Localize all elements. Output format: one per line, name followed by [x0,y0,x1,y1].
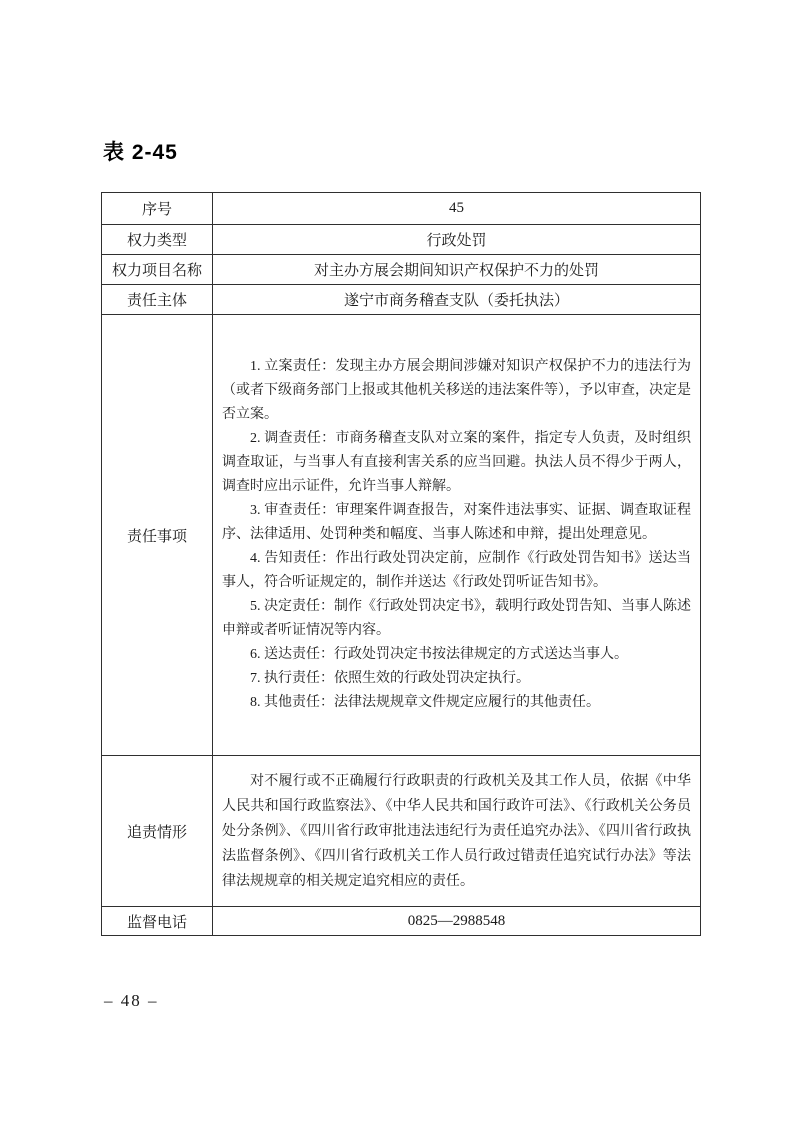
duty-paragraph: 8. 其他责任：法律法规规章文件规定应履行的其他责任。 [222,691,691,715]
duty-items-content: 1. 立案责任：发现主办方展会期间涉嫌对知识产权保护不力的违法行为（或者下级商务… [213,315,701,756]
duty-paragraph: 5. 决定责任：制作《行政处罚决定书》，载明行政处罚告知、当事人陈述申辩或者听证… [222,595,691,643]
row-value: 行政处罚 [213,225,701,255]
document-page: 表 2-45 序号 45 权力类型 行政处罚 权力项目名称 对主办方展会期间知识… [0,0,793,1122]
duty-paragraph: 1. 立案责任：发现主办方展会期间涉嫌对知识产权保护不力的违法行为（或者下级商务… [222,355,691,427]
accountability-paragraph: 对不履行或不正确履行行政职责的行政机关及其工作人员，依据《中华人民共和国行政监察… [222,769,691,894]
duty-paragraph: 7. 执行责任：依照生效的行政处罚决定执行。 [222,667,691,691]
table-row-responsible-body: 责任主体 遂宁市商务稽查支队（委托执法） [102,285,701,315]
row-label: 责任主体 [102,285,213,315]
supervision-phone-value: 0825—2988548 [213,907,701,936]
duty-paragraph: 4. 告知责任：作出行政处罚决定前，应制作《行政处罚告知书》送达当事人，符合听证… [222,547,691,595]
power-item-table: 序号 45 权力类型 行政处罚 权力项目名称 对主办方展会期间知识产权保护不力的… [101,192,701,936]
row-label: 序号 [102,193,213,225]
page-title: 表 2-45 [103,136,178,166]
duty-paragraph: 6. 送达责任：行政处罚决定书按法律规定的方式送达当事人。 [222,643,691,667]
row-value: 对主办方展会期间知识产权保护不力的处罚 [213,255,701,285]
table-row-power-item-name: 权力项目名称 对主办方展会期间知识产权保护不力的处罚 [102,255,701,285]
row-value: 遂宁市商务稽查支队（委托执法） [213,285,701,315]
row-label: 追责情形 [102,756,213,907]
page-number: – 48 – [104,991,159,1011]
duty-paragraph: 2. 调查责任：市商务稽查支队对立案的案件，指定专人负责，及时组织调查取证，与当… [222,427,691,499]
row-label: 权力类型 [102,225,213,255]
table-row-serial: 序号 45 [102,193,701,225]
table-row-duty-items: 责任事项 1. 立案责任：发现主办方展会期间涉嫌对知识产权保护不力的违法行为（或… [102,315,701,756]
duty-paragraph: 3. 审查责任：审理案件调查报告，对案件违法事实、证据、调查取证程序、法律适用、… [222,499,691,547]
row-label: 权力项目名称 [102,255,213,285]
table-row-supervision-phone: 监督电话 0825—2988548 [102,907,701,936]
accountability-content: 对不履行或不正确履行行政职责的行政机关及其工作人员，依据《中华人民共和国行政监察… [213,756,701,907]
row-value: 45 [213,193,701,225]
table-row-power-type: 权力类型 行政处罚 [102,225,701,255]
table-row-accountability: 追责情形 对不履行或不正确履行行政职责的行政机关及其工作人员，依据《中华人民共和… [102,756,701,907]
row-label: 监督电话 [102,907,213,936]
row-label: 责任事项 [102,315,213,756]
